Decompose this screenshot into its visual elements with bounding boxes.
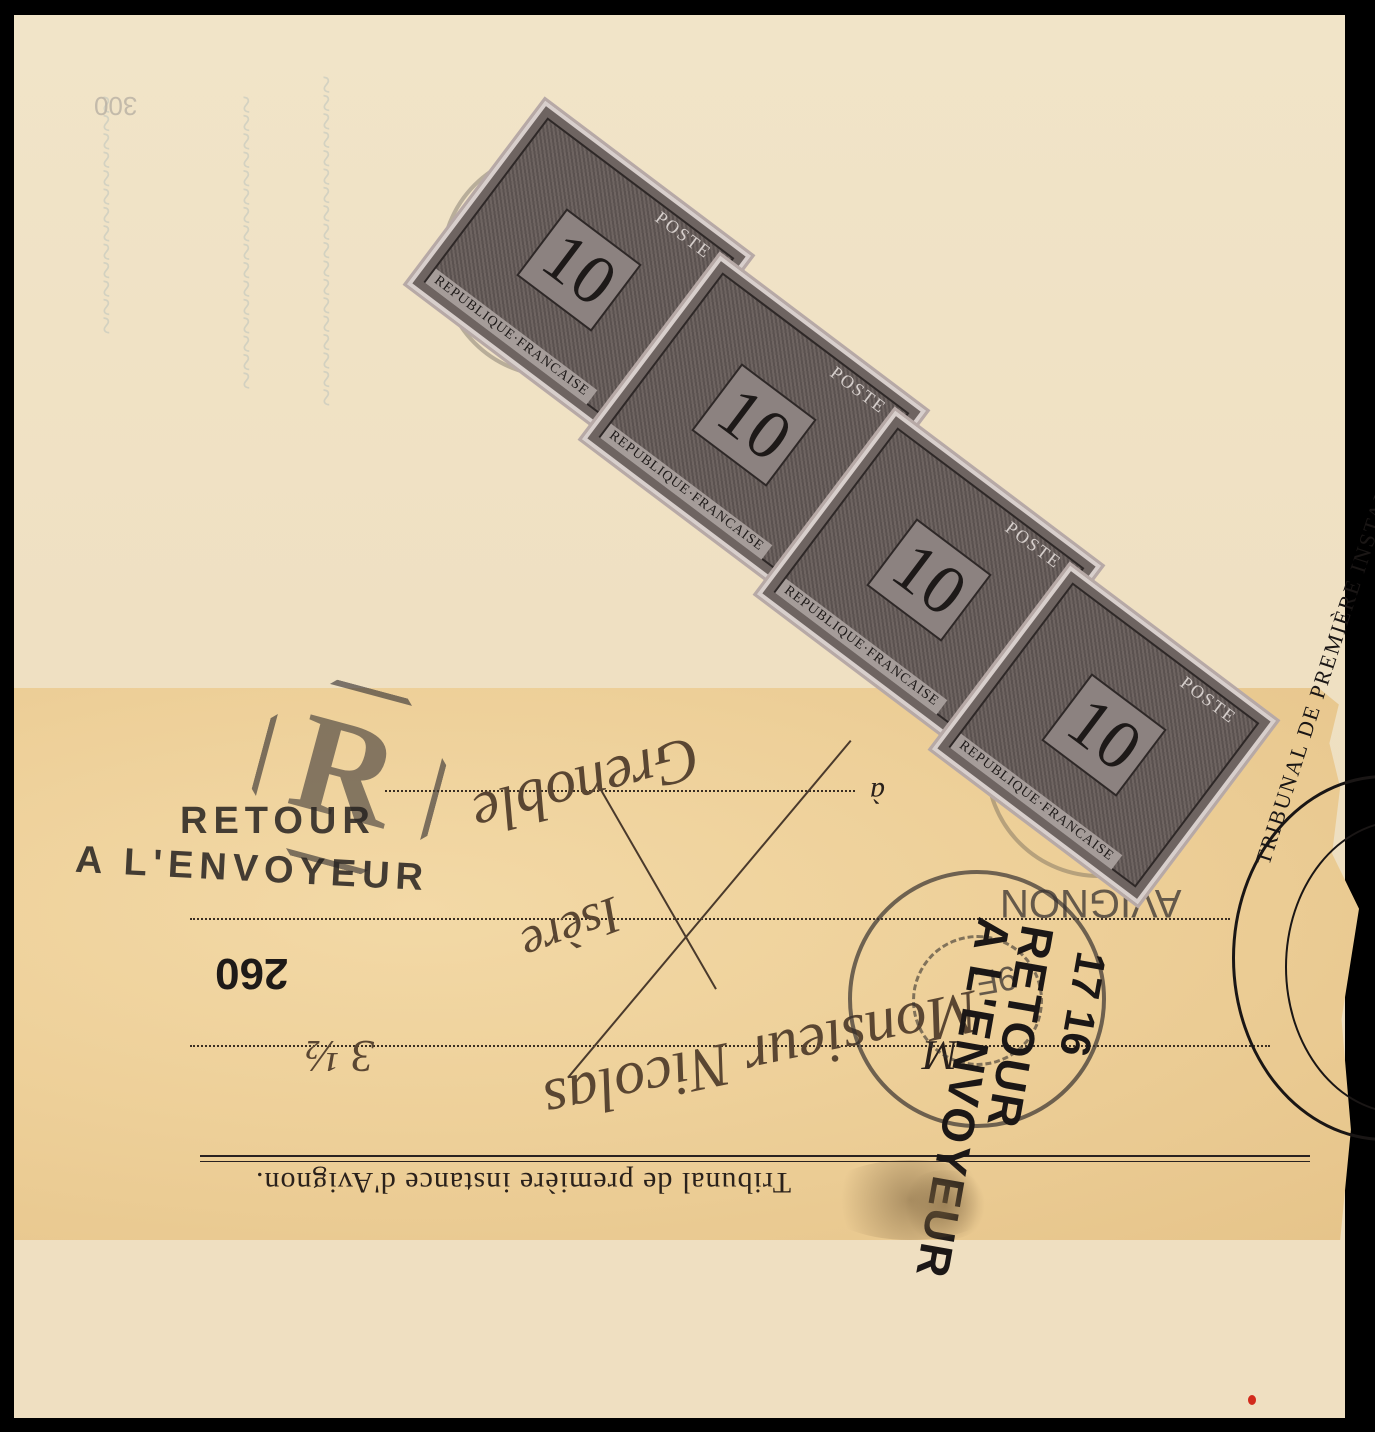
pencil-note: 300 (94, 90, 137, 121)
show-through-text: ~~~~~~~~~~~~~~~~ (226, 95, 264, 389)
bottom-paper-strip (14, 1240, 1345, 1418)
ink-stain (900, 1170, 990, 1240)
stamp-strip: POSTE 10 REPUBLIQUE·FRANCAISE POSTE 10 R… (430, 95, 1290, 885)
retour-number: 260 (215, 948, 288, 998)
tribunal-header: Tribunal de première instance d'Avignon. (255, 1165, 791, 1199)
retour-line1: RETOUR (180, 800, 376, 843)
handwritten-fee: 3 ½ (305, 1030, 374, 1083)
header-rule (200, 1155, 1310, 1157)
show-through-text: ~~~~~~~~~~~~~ (86, 95, 124, 334)
cds-town: AVIGNON (1000, 880, 1182, 925)
show-through-text: ~~~~~~~~~~~~~~~~~~ (306, 75, 344, 406)
header-rule-thin (200, 1161, 1310, 1162)
red-speck (1248, 1395, 1256, 1405)
